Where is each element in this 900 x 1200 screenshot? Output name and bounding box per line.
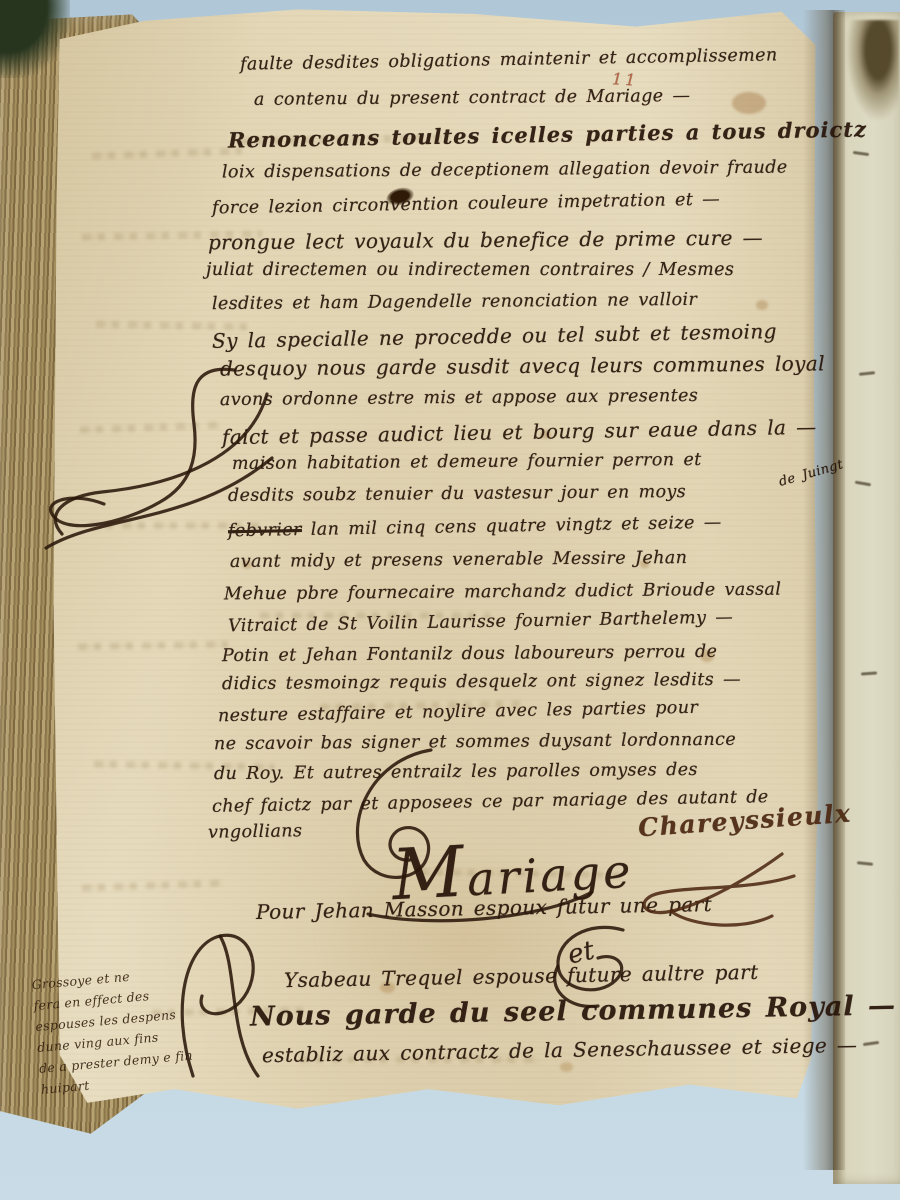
red-folio-mark: 11 — [612, 69, 639, 89]
text-line: juliat directemen ou indirectemen contra… — [206, 260, 734, 280]
edge-ink-mark — [853, 151, 869, 156]
text-line: desdits soubz tenuier du vastesur jour e… — [228, 482, 686, 506]
text-line: a contenu du present contract de Mariage… — [254, 86, 691, 110]
margin-bracket-flourish — [42, 362, 277, 577]
photo-of-manuscript: { "document": { "lines": [ "faulte desdi… — [0, 0, 900, 1200]
text-line: lesdites et ham Dagendelle renonciation … — [212, 290, 697, 314]
text-line: vngollians — [208, 821, 303, 843]
edge-ink-mark — [855, 481, 871, 486]
edge-ink-mark — [863, 1041, 879, 1046]
text-line: avant midy et presens venerable Messire … — [230, 548, 688, 572]
ink-stain — [847, 20, 899, 120]
text-line: avons ordonne estre mis et appose aux pr… — [220, 386, 698, 410]
mariage-initial-flourish — [336, 742, 486, 892]
edge-ink-mark — [861, 671, 877, 675]
nous-initial-flourish — [168, 926, 298, 1086]
edge-ink-mark — [859, 371, 875, 375]
text-line: maison habitation et demeure fournier pe… — [232, 450, 702, 474]
book-cover-bottom-edge — [78, 1092, 900, 1196]
signature-paraph — [632, 846, 802, 941]
edge-ink-mark — [857, 861, 873, 865]
text-line: prongue lect voyaulx du benefice de prim… — [208, 226, 763, 255]
